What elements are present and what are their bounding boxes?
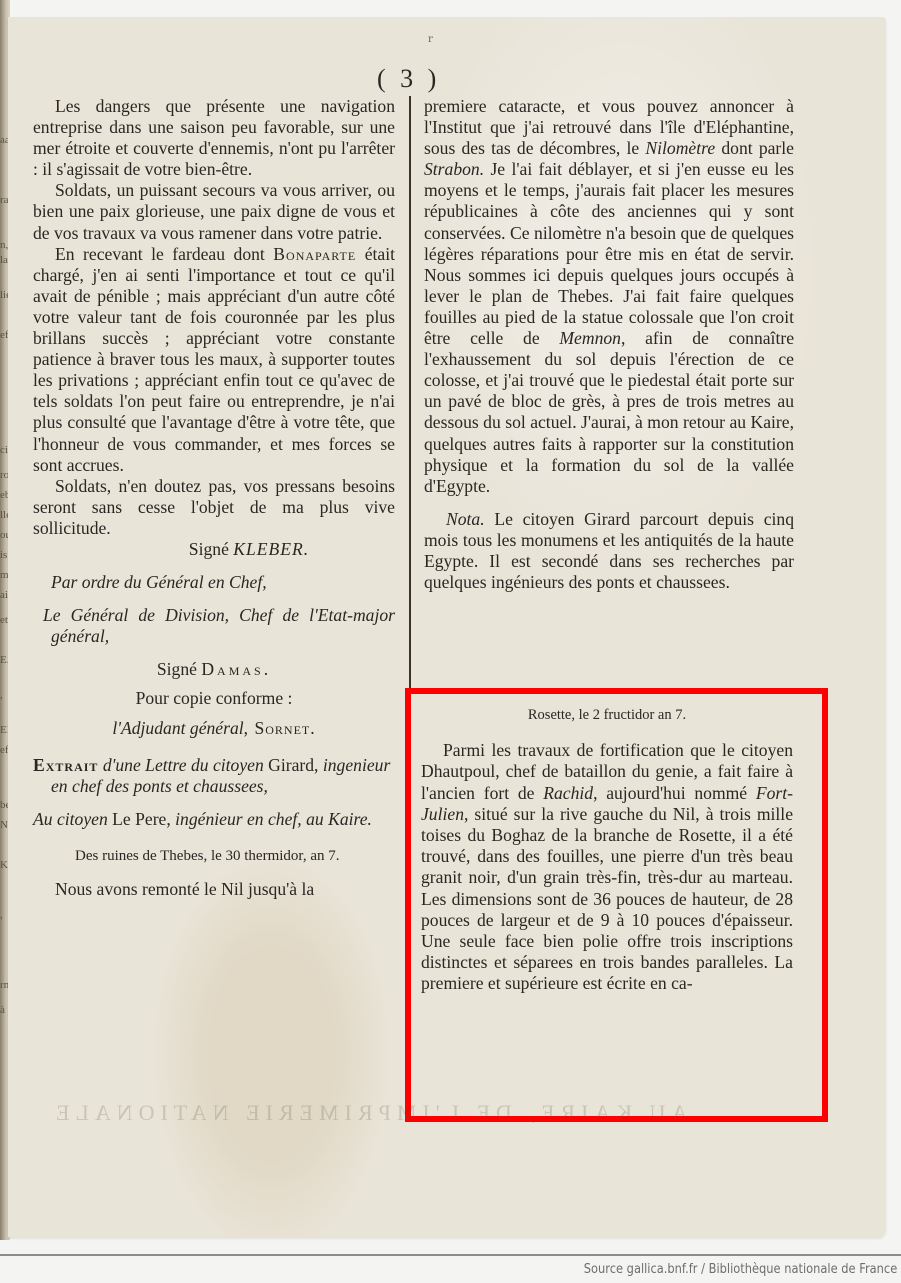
- paragraph: Nous avons remonté le Nil jusqu'à la: [33, 879, 395, 900]
- recipient-line: Au citoyen Le Pere, ingénieur en chef, a…: [33, 809, 395, 830]
- general-title: Le Général de Division, Chef de l'Etat-m…: [33, 605, 395, 647]
- highlighted-rosette-section: Rosette, le 2 fructidor an 7. Parmi les …: [421, 705, 793, 995]
- by-order-line: Par ordre du Général en Chef,: [33, 572, 395, 593]
- paragraph: premiere cataracte, et vous pouvez annon…: [424, 96, 794, 497]
- paragraph: Les dangers que présente une navigation …: [33, 96, 395, 180]
- page-number: ( 3 ): [377, 64, 440, 94]
- column-divider: [409, 96, 411, 690]
- footer-divider: [0, 1254, 901, 1256]
- copy-conform: Pour copie conforme :: [33, 688, 395, 709]
- nota-paragraph: Nota. Le citoyen Girard parcourt depuis …: [424, 509, 794, 593]
- name-bonaparte: Bonaparte: [273, 244, 356, 264]
- paragraph: Soldats, n'en doutez pas, vos pressans b…: [33, 476, 395, 539]
- bleed-through-text: AU KAIRE, DE L'IMPRIMERIE NATIONALE: [50, 1100, 687, 1126]
- paragraph: Soldats, un puissant secours va vous arr…: [33, 180, 395, 243]
- paragraph: En recevant le fardeau dont Bonaparte ét…: [33, 244, 395, 476]
- right-column: premiere cataracte, et vous pouvez annon…: [424, 96, 794, 593]
- signature-kleber: Signé KLEBER.: [33, 539, 395, 560]
- extract-heading: Extrait d'une Lettre du citoyen Girard, …: [33, 755, 395, 797]
- rosette-paragraph: Parmi les travaux de fortification que l…: [421, 740, 793, 994]
- adjutant-line: l'Adjudant général, Sornet.: [33, 718, 395, 739]
- letter-dateline: Des ruines de Thebes, le 30 thermidor, a…: [33, 846, 395, 867]
- top-mark: r: [428, 34, 433, 45]
- left-column: Les dangers que présente une navigation …: [33, 96, 395, 900]
- signature-damas: Signé Damas.: [33, 659, 395, 680]
- rosette-dateline: Rosette, le 2 fructidor an 7.: [421, 705, 793, 726]
- source-caption: Source gallica.bnf.fr / Bibliothèque nat…: [584, 1262, 898, 1277]
